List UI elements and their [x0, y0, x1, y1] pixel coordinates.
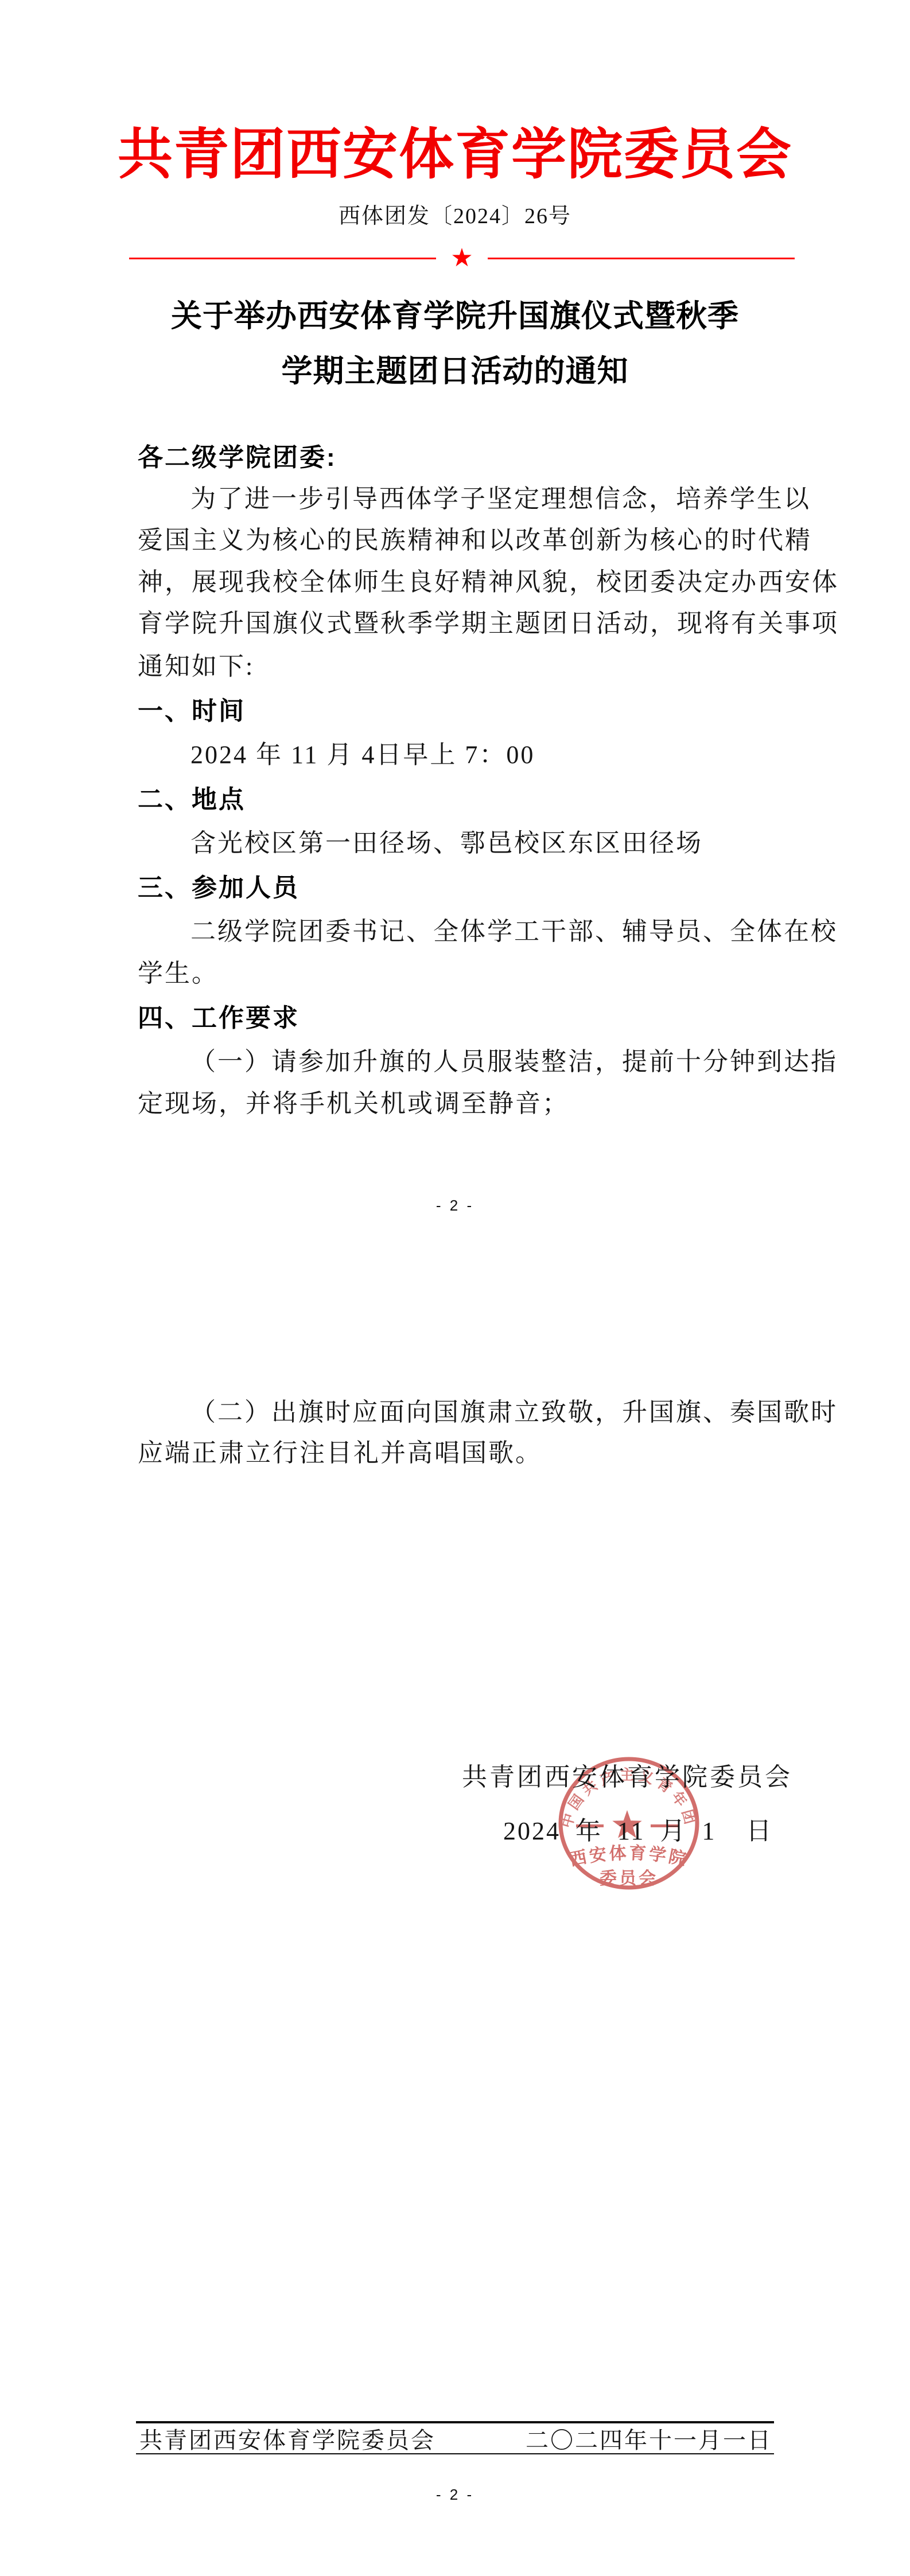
- footer-date-text: 二〇二四年十一月一日: [526, 2428, 772, 2453]
- page1-page-number: - 2 -: [0, 1197, 910, 1214]
- section1-text: 2024 年 11 月 4日早上 7：00: [190, 738, 535, 772]
- para1-line3: 神，展现我校全体师生良好精神风貌，校团委决定办西安体: [138, 565, 839, 600]
- section3-text-line2: 学生。: [138, 956, 219, 991]
- para1-line4: 育学院升国旗仪式暨秋季学期主题团日活动，现将有关事项: [138, 606, 839, 641]
- salutation: 各二级学院团委:: [138, 441, 337, 475]
- section4-heading: 四、工作要求: [138, 1001, 300, 1036]
- section2-heading: 二、地点: [138, 783, 246, 817]
- doc-number: 西体团发〔2024〕26号: [0, 202, 910, 231]
- section3-heading: 三、参加人员: [138, 871, 300, 905]
- section4-item2-line1: （二）出旗时应面向国旗肃立致敬，升国旗、奏国歌时: [190, 1395, 838, 1430]
- section3-text-line1: 二级学院团委书记、全体学工干部、辅导员、全体在校: [190, 915, 838, 949]
- doc-title-line2: 学期主题团日活动的通知: [0, 351, 910, 391]
- star-icon: ★: [439, 243, 485, 273]
- signature-org: 共青团西安体育学院委员会: [462, 1760, 792, 1795]
- footer-org-text: 共青团西安体育学院委员会: [139, 2428, 435, 2453]
- section4-item2-line2: 应端正肃立行注目礼并高唱国歌。: [138, 1436, 542, 1470]
- section4-item1-line1: （一）请参加升旗的人员服装整洁，提前十分钟到达指: [190, 1045, 838, 1079]
- doc-title-line1: 关于举办西安体育学院升国旗仪式暨秋季: [0, 296, 910, 336]
- document-page: 共青团西安体育学院委员会 西体团发〔2024〕26号 ★ 关于举办西安体育学院升…: [0, 0, 910, 2576]
- red-rule-right: [488, 258, 795, 259]
- page2-page-number: - 2 -: [0, 2486, 910, 2503]
- signature-date: 2024 年 11 月 1 日: [503, 1814, 773, 1849]
- masthead-org-title: 共青团西安体育学院委员会: [0, 120, 910, 189]
- para1-line1: 为了进一步引导西体学子坚定理想信念，培养学生以: [190, 482, 811, 516]
- para1-line2: 爱国主义为核心的民族精神和以改革创新为核心的时代精: [138, 523, 812, 558]
- section1-heading: 一、时间: [138, 694, 246, 729]
- section4-item1-line2: 定现场，并将手机关机或调至静音；: [138, 1087, 569, 1121]
- para1-line5: 通知如下:: [138, 649, 254, 684]
- footer-rule-thick: [136, 2421, 774, 2423]
- section2-text: 含光校区第一田径场、鄠邑校区东区田径场: [190, 826, 703, 861]
- footer-rule-thin: [136, 2453, 774, 2454]
- red-rule-left: [129, 258, 436, 259]
- seal-bottom-text: 委员会: [600, 1869, 658, 1888]
